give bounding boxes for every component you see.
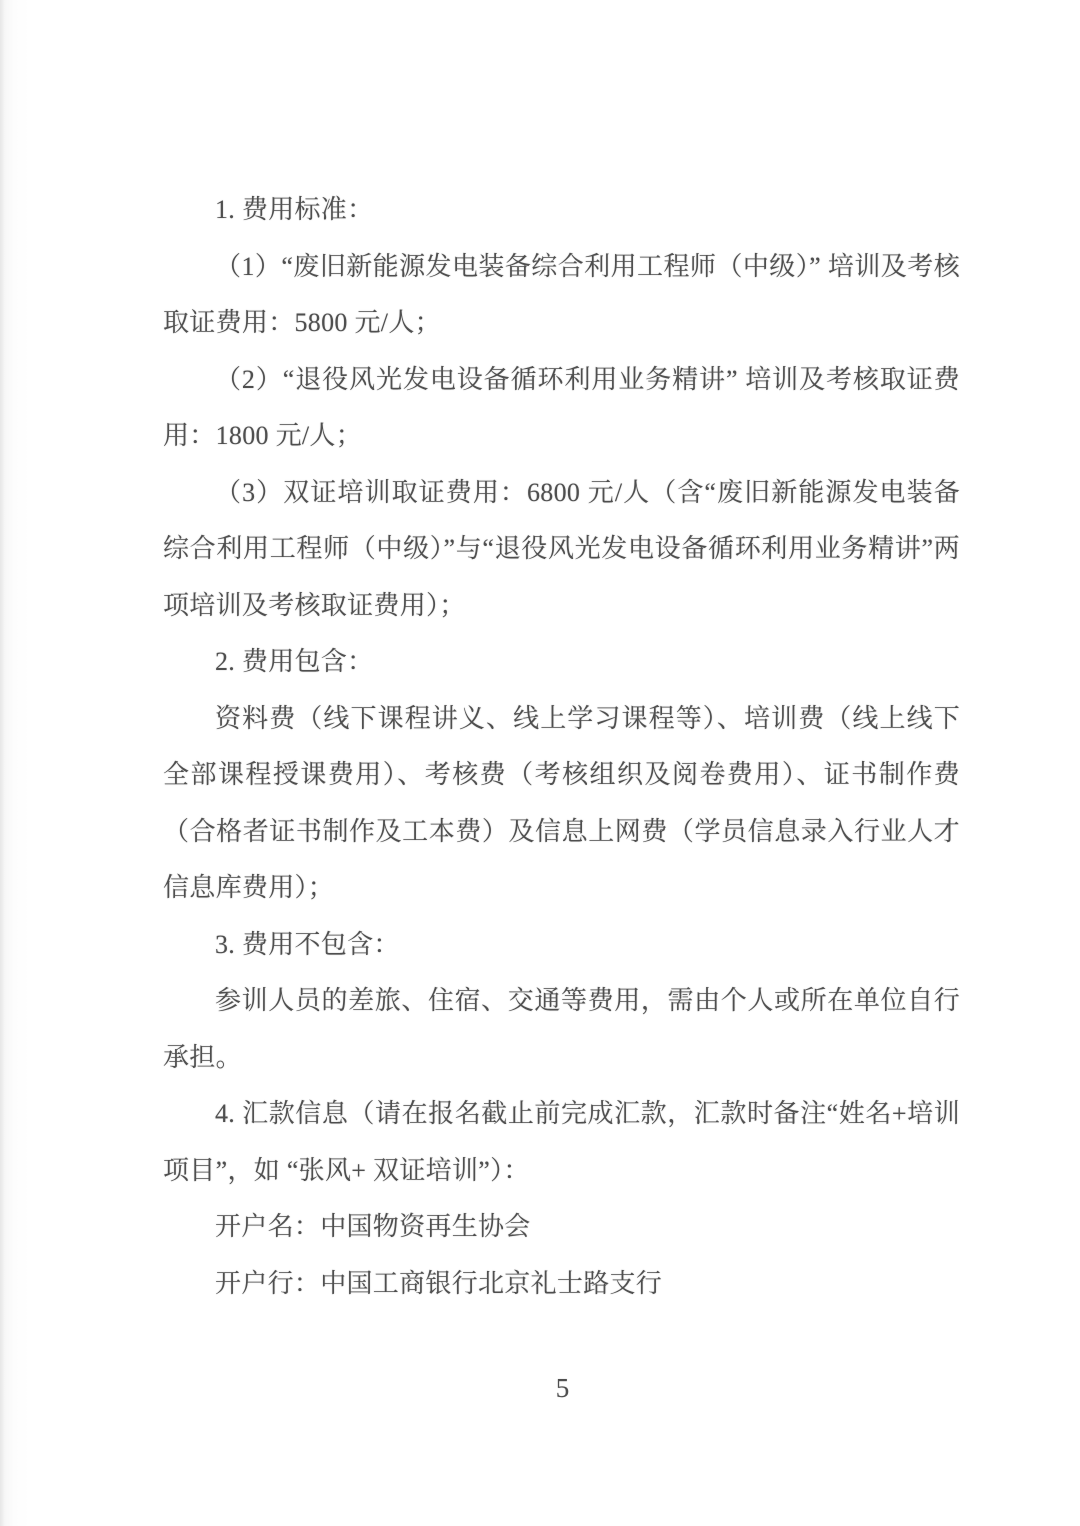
fee-standard-heading: 1. 费用标准：	[163, 182, 960, 239]
remittance-info-heading: 4. 汇款信息（请在报名截止前完成汇款，汇款时备注“姓名+培训项目”，如 “张风…	[163, 1086, 960, 1199]
page-number: 5	[0, 1368, 1080, 1408]
fee-excludes-heading: 3. 费用不包含：	[163, 917, 960, 974]
document-body: 1. 费用标准：（1）“废旧新能源发电装备综合利用工程师（中级）” 培训及考核取…	[163, 182, 960, 1312]
document-page: 1. 费用标准：（1）“废旧新能源发电装备综合利用工程师（中级）” 培训及考核取…	[0, 0, 1080, 1526]
fee-excludes-body: 参训人员的差旅、住宿、交通等费用，需由个人或所在单位自行承担。	[163, 973, 960, 1086]
account-name-line: 开户名：中国物资再生协会	[163, 1199, 960, 1256]
fee-item-1: （1）“废旧新能源发电装备综合利用工程师（中级）” 培训及考核取证费用：5800…	[163, 239, 960, 352]
fee-item-2: （2）“退役风光发电设备循环利用业务精讲” 培训及考核取证费用：1800 元/人…	[163, 352, 960, 465]
account-bank-line: 开户行：中国工商银行北京礼士路支行	[163, 1256, 960, 1313]
fee-includes-body: 资料费（线下课程讲义、线上学习课程等）、培训费（线上线下全部课程授课费用）、考核…	[163, 691, 960, 917]
fee-item-3: （3）双证培训取证费用：6800 元/人（含“废旧新能源发电装备综合利用工程师（…	[163, 465, 960, 635]
fee-includes-heading: 2. 费用包含：	[163, 634, 960, 691]
